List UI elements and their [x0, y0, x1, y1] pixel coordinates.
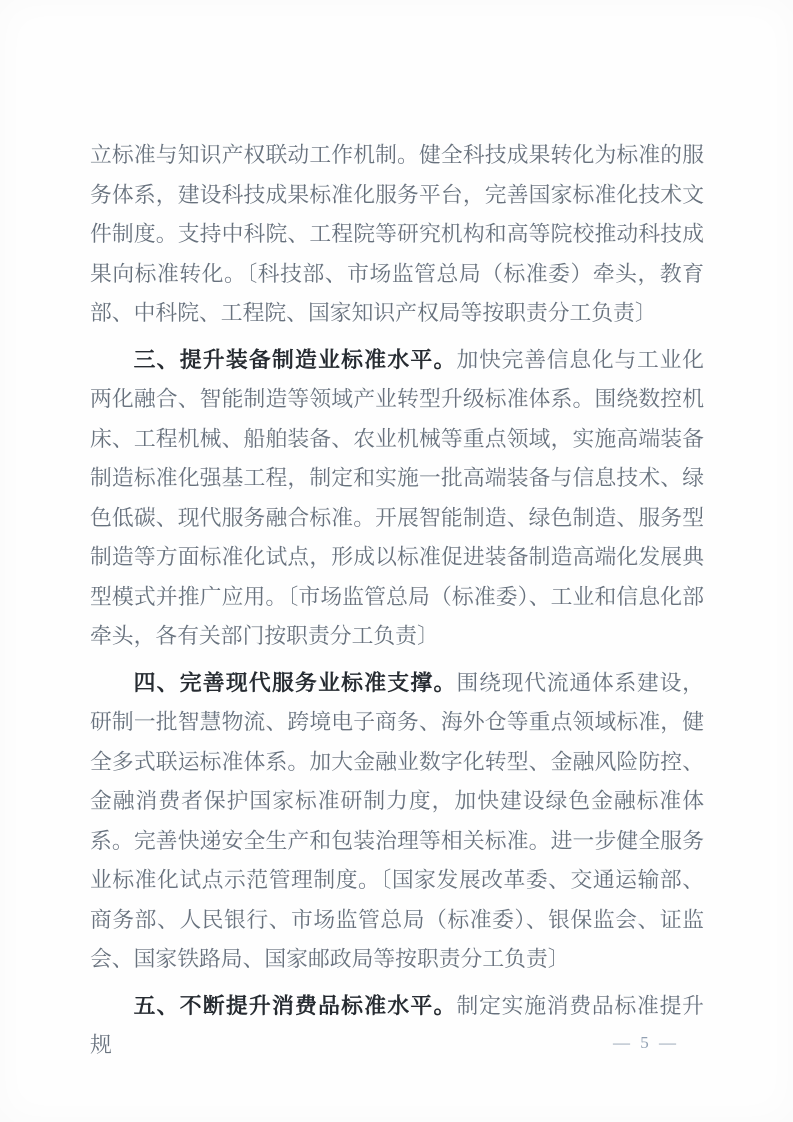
continuation-paragraph: 立标准与知识产权联动工作机制。健全科技成果转化为标准的服务体系，建设科技成果标准…: [90, 136, 704, 334]
document-page: 立标准与知识产权联动工作机制。健全科技成果转化为标准的服务体系，建设科技成果标准…: [0, 0, 793, 1122]
section-body-4: 围绕现代流通体系建设，研制一批智慧物流、跨境电子商务、海外仓等重点领域标准，健全…: [90, 671, 704, 972]
section-paragraph-4: 四、完善现代服务业标准支撑。围绕现代流通体系建设，研制一批智慧物流、跨境电子商务…: [90, 663, 704, 980]
section-heading-3: 三、提升装备制造业标准水平。: [134, 347, 457, 372]
section-paragraph-5: 五、不断提升消费品标准水平。制定实施消费品标准提升规: [90, 986, 704, 1066]
section-heading-5: 五、不断提升消费品标准水平。: [134, 993, 457, 1018]
text-block: 立标准与知识产权联动工作机制。健全科技成果转化为标准的服务体系，建设科技成果标准…: [90, 136, 704, 1066]
section-body-3: 加快完善信息化与工业化两化融合、智能制造等领域产业转型升级标准体系。围绕数控机床…: [90, 348, 704, 649]
page-number: — 5 —: [586, 1033, 706, 1053]
continuation-text: 立标准与知识产权联动工作机制。健全科技成果转化为标准的服务体系，建设科技成果标准…: [90, 143, 704, 325]
section-heading-4: 四、完善现代服务业标准支撑。: [134, 670, 457, 695]
section-paragraph-3: 三、提升装备制造业标准水平。加快完善信息化与工业化两化融合、智能制造等领域产业转…: [90, 340, 704, 657]
